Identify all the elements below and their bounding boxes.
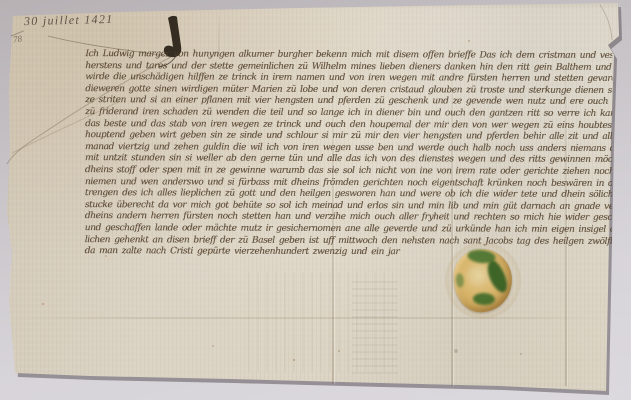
manuscript-line: da man zalte nach Cristi gepürte vierzeh…: [85, 246, 612, 259]
archival-number-annotation: 78: [12, 33, 22, 44]
seal-green-stain: [473, 293, 495, 306]
archival-date-annotation: 30 juillet 1421: [24, 12, 114, 29]
manuscript-text-block: Ich Ludwig marger von hunyngen alkumer b…: [85, 49, 613, 260]
wax-seal: [451, 246, 515, 315]
seal-green-stain: [455, 273, 464, 288]
manuscript-scan: 30 juillet 1421 78 Ich Ludwig marger von…: [0, 0, 631, 400]
verso-showthrough: [352, 276, 398, 374]
foxing-spots: [42, 303, 44, 305]
